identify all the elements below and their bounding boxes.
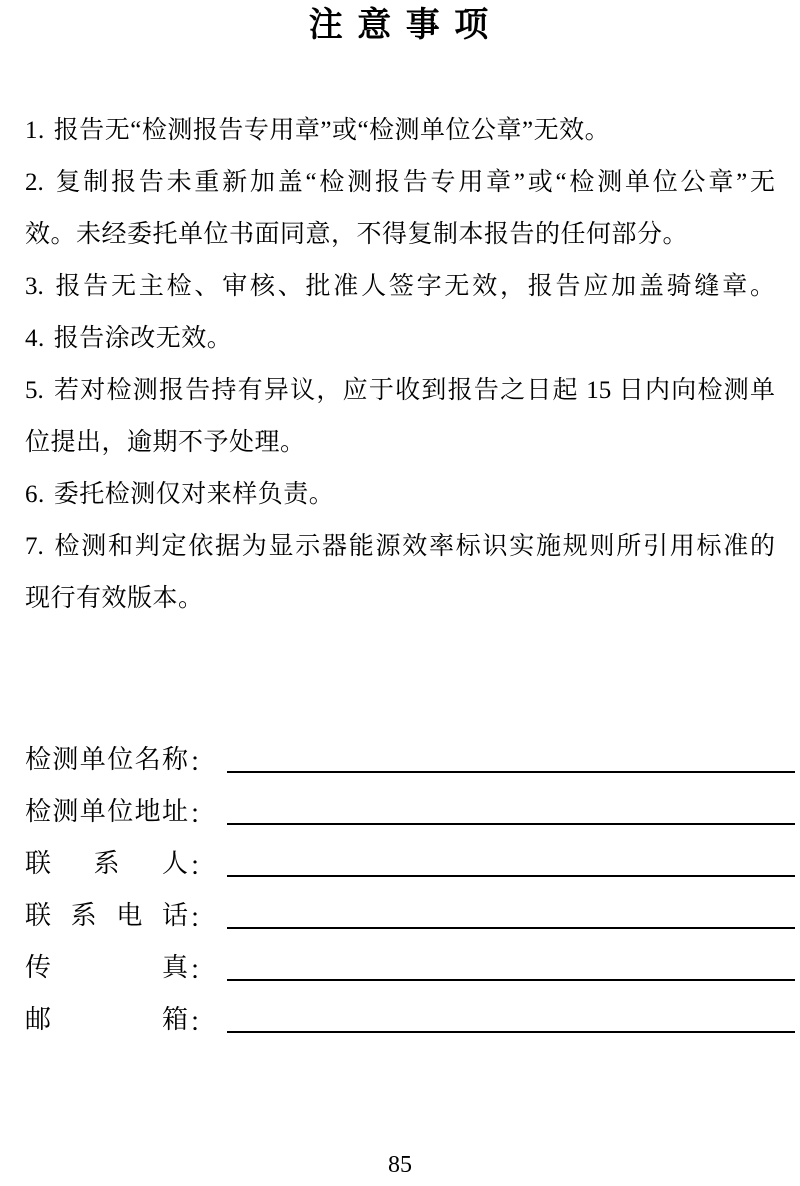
page-number: 85 [0, 1150, 800, 1180]
notice-line-text: 报告无主检、审核、批准人签字无效，报告应加盖骑缝章。 [53, 273, 775, 300]
field-colon: ： [189, 742, 215, 779]
notice-line-text: 报告无“检测报告专用章”或“检测单位公章”无效。 [54, 117, 610, 144]
field-label: 检测单位名称 [25, 747, 188, 773]
contact-form: 检测单位名称 ： 检测单位地址 ： 联系人 ： 联系电话 ： [25, 734, 795, 1046]
notice-line-text: 现行有效版本。 [25, 585, 204, 612]
notice-line-text: 检测和判定依据为显示器能源效率标识实施规则所引用标准的 [53, 533, 775, 560]
notice-line-text: 委托检测仅对来样负责。 [54, 481, 335, 508]
notice-line-text: 效。未经委托单位书面同意，不得复制本报告的任何部分。 [25, 221, 688, 248]
notice-line-number: 3. [25, 273, 44, 300]
field-colon: ： [189, 898, 215, 935]
form-field-row: 检测单位地址 ： [25, 786, 795, 838]
notice-line-number: 6. [25, 481, 45, 508]
notice-line-number: 2. [25, 169, 44, 196]
field-colon: ： [189, 1002, 215, 1039]
form-field-row: 联系人 ： [25, 838, 795, 890]
notice-line: 1.报告无“检测报告专用章”或“检测单位公章”无效。 [25, 105, 775, 157]
notice-line: 2.复制报告未重新加盖“检测报告专用章”或“检测单位公章”无 [25, 157, 775, 209]
field-fill-line [227, 927, 795, 929]
field-colon: ： [189, 794, 215, 831]
notice-line-text: 位提出，逾期不予处理。 [25, 429, 306, 456]
notice-line: 7.检测和判定依据为显示器能源效率标识实施规则所引用标准的 [25, 521, 775, 573]
field-fill-line [227, 771, 795, 773]
notice-line-number: 1. [25, 117, 45, 144]
form-field-row: 联系电话 ： [25, 890, 795, 942]
field-fill-line [227, 979, 795, 981]
notice-line-number: 4. [25, 325, 45, 352]
field-fill-line [227, 1031, 795, 1033]
field-label: 传真 [25, 955, 188, 981]
notice-line: 5.若对检测报告持有异议，应于收到报告之日起 15 日内向检测单 [25, 365, 775, 417]
field-fill-line [227, 875, 795, 877]
field-colon: ： [189, 950, 215, 987]
notice-line: 现行有效版本。 [25, 573, 775, 625]
notice-line: 6.委托检测仅对来样负责。 [25, 469, 775, 521]
notice-line-text: 复制报告未重新加盖“检测报告专用章”或“检测单位公章”无 [53, 169, 775, 196]
notice-page: 注 意 事 项 1.报告无“检测报告专用章”或“检测单位公章”无效。 2.复制报… [0, 0, 800, 1186]
field-label: 联系人 [25, 851, 188, 877]
notice-line-number: 7. [25, 533, 44, 560]
notice-line-number: 5. [25, 377, 44, 404]
page-title: 注 意 事 项 [0, 6, 800, 46]
field-colon: ： [189, 846, 215, 883]
field-label: 邮箱 [25, 1007, 188, 1033]
notice-line-text: 报告涂改无效。 [54, 325, 233, 352]
form-field-row: 邮箱 ： [25, 994, 795, 1046]
notice-line-text: 若对检测报告持有异议，应于收到报告之日起 15 日内向检测单 [53, 377, 775, 404]
field-label: 联系电话 [25, 903, 188, 929]
field-label: 检测单位地址 [25, 799, 188, 825]
field-fill-line [227, 823, 795, 825]
notice-line: 位提出，逾期不予处理。 [25, 417, 775, 469]
notice-list: 1.报告无“检测报告专用章”或“检测单位公章”无效。 2.复制报告未重新加盖“检… [25, 105, 775, 625]
notice-line: 3.报告无主检、审核、批准人签字无效，报告应加盖骑缝章。 [25, 261, 775, 313]
form-field-row: 传真 ： [25, 942, 795, 994]
notice-line: 效。未经委托单位书面同意，不得复制本报告的任何部分。 [25, 209, 775, 261]
form-field-row: 检测单位名称 ： [25, 734, 795, 786]
notice-line: 4.报告涂改无效。 [25, 313, 775, 365]
